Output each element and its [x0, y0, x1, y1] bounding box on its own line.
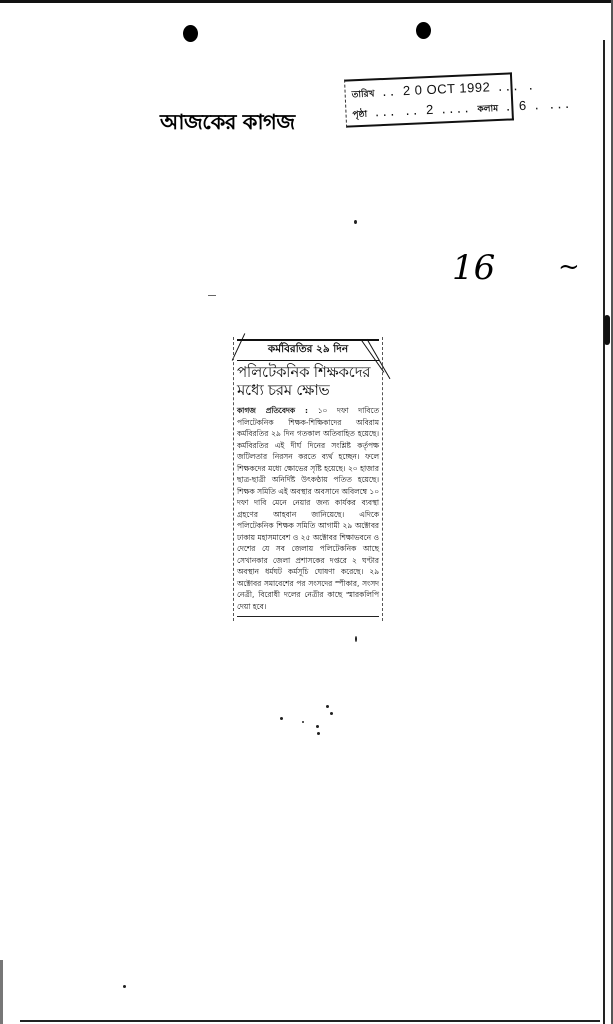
binding-mark — [604, 315, 610, 345]
stamp-dots: .. — [381, 85, 397, 99]
stamp-date-value: 2 0 OCT 1992 — [403, 79, 491, 98]
page-top-edge — [0, 0, 613, 3]
stamp-dots: . — [504, 100, 512, 113]
scan-speck — [326, 705, 329, 708]
clipping-kicker: কর্মবিরতির ২৯ দিন — [237, 339, 379, 361]
stray-mark — [208, 295, 216, 296]
scan-speck — [330, 712, 333, 715]
scan-speck — [316, 725, 319, 728]
stamp-dots: ... . — [497, 79, 536, 94]
clipping-body: কাগজ প্রতিবেদক : ১০ দফা দাবিতে পলিটেকনিক… — [237, 405, 379, 612]
clipping-byline: কাগজ প্রতিবেদক : — [237, 406, 308, 415]
scanned-page: আজকের কাগজ তারিখ .. 2 0 OCT 1992 ... . প… — [0, 0, 613, 1024]
handwritten-tick-mark: ~ — [558, 252, 580, 282]
page-right-border — [603, 40, 605, 1024]
newspaper-name: আজকের কাগজ — [160, 106, 295, 141]
stamp-dots: ... .. — [373, 104, 419, 119]
punch-hole-icon — [416, 22, 431, 39]
page-bottom-edge — [20, 1020, 600, 1022]
scan-speck — [355, 636, 357, 642]
clipping-body-text: ১০ দফা দাবিতে পলিটেকনিক শিক্ষক-শিক্ষিকাদ… — [237, 406, 379, 611]
headline-line-1: পলিটেকনিক শিক্ষকদের — [237, 363, 379, 381]
headline-line-2: মধ্যে চরম ক্ষোভ — [237, 381, 379, 399]
scan-speck — [354, 220, 357, 224]
stamp-date-label: তারিখ — [352, 89, 375, 100]
stamp-page-label: পৃষ্ঠা — [352, 110, 367, 121]
stamp-dots: .... — [440, 102, 471, 116]
newspaper-clipping: কর্মবিরতির ২৯ দিন পলিটেকনিক শিক্ষকদের মধ… — [233, 337, 383, 621]
clipping-headline: পলিটেকনিক শিক্ষকদের মধ্যে চরম ক্ষোভ — [237, 363, 379, 399]
stamp-column-label: কলাম — [477, 104, 498, 115]
date-stamp: তারিখ .. 2 0 OCT 1992 ... . পৃষ্ঠা ... .… — [344, 72, 514, 127]
clipping-bottom-rule — [237, 616, 379, 617]
handwritten-page-number: 16 — [452, 248, 495, 288]
scan-speck — [302, 721, 304, 723]
stamp-dots: . ... — [533, 98, 572, 113]
scan-speck — [123, 985, 126, 988]
scan-speck — [280, 717, 283, 720]
punch-hole-icon — [183, 25, 198, 42]
scan-speck — [317, 732, 320, 735]
page-left-edge — [0, 960, 3, 1024]
stamp-column-value: 6 — [519, 98, 527, 113]
stamp-page-value: 2 — [426, 102, 434, 117]
